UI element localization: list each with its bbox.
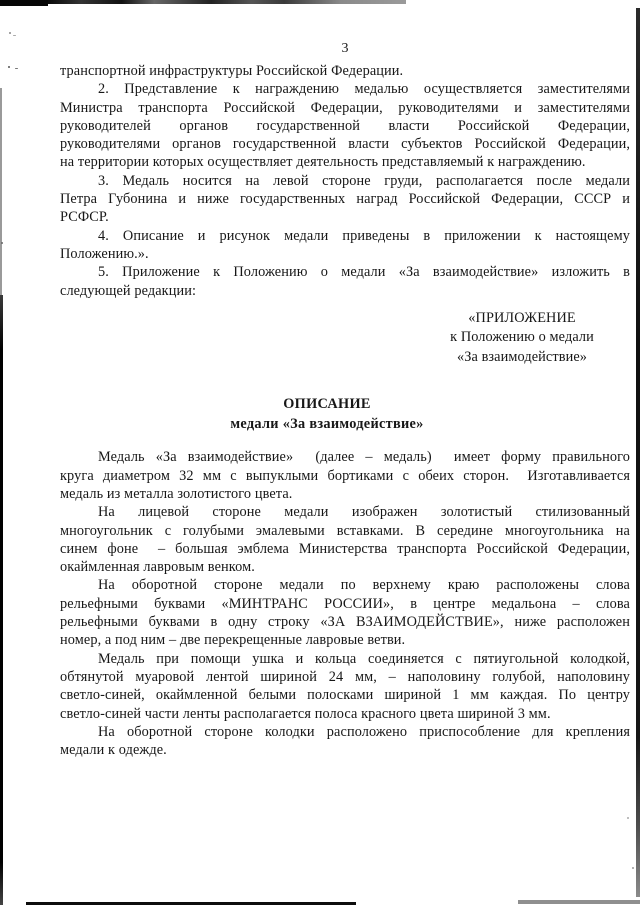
text-line: медаль из металла золотистого цвета. (60, 485, 630, 503)
text-line: светло-синей части ленты располагается п… (60, 705, 630, 723)
scan-edge-bottom-gray (518, 900, 640, 904)
scan-speck (9, 32, 11, 34)
paragraph: транспортной инфраструктуры Российской Ф… (60, 62, 630, 80)
scan-speck (632, 867, 634, 869)
section-heading: ОПИСАНИЕмедали «За взаимодействие» (60, 394, 630, 434)
scan-speck (1, 242, 3, 244)
paragraph: На оборотной стороне медали по верхнему … (60, 576, 630, 649)
text-line: многоугольник с голубыми эмалевыми встав… (60, 522, 630, 540)
text-column: 3 транспортной инфраструктуры Российской… (60, 0, 630, 759)
scan-speck (627, 817, 629, 819)
paragraph: 3. Медаль носится на левой стороне груди… (60, 172, 630, 227)
text-line: На лицевой стороне медали изображен золо… (60, 503, 630, 521)
text-line: к Положению о медали (412, 328, 632, 348)
text-line: круга диаметром 32 мм с выпуклыми бортик… (60, 467, 630, 485)
text-line: 3. Медаль носится на левой стороне груди… (60, 172, 630, 190)
text-line: На оборотной стороне медали по верхнему … (60, 576, 630, 594)
text-line: рельефными буквами «МИНТРАНС РОССИИ», в … (60, 595, 630, 613)
text-line: номер, а под ним – две перекрещенные лав… (60, 631, 630, 649)
paragraph: 2. Представление к награждению медалью о… (60, 80, 630, 171)
text-line: РСФСР. (60, 208, 630, 226)
text-line: Министра транспорта Российской Федерации… (60, 99, 630, 117)
text-line: «За взаимодействие» (412, 348, 632, 368)
text-line: На оборотной стороне колодки расположено… (60, 723, 630, 741)
paragraph: Медаль «За взаимодействие» (далее – меда… (60, 448, 630, 503)
text-line: на территории которых осуществляет деяте… (60, 153, 630, 171)
text-line: Положению.». (60, 245, 630, 263)
text-line: медали «За взаимодействие» (60, 414, 594, 434)
text-line: 5. Приложение к Положению о медали «За в… (60, 263, 630, 281)
text-line: Медаль при помощи ушка и кольца соединяе… (60, 650, 630, 668)
scan-edge-left-dark (0, 295, 3, 905)
text-line: руководителей органов государственной вл… (60, 117, 630, 135)
scan-speck (8, 66, 10, 68)
text-line: окаймленная лавровым венком. (60, 558, 630, 576)
main-text-block: транспортной инфраструктуры Российской Ф… (60, 62, 630, 300)
paragraph: На лицевой стороне медали изображен золо… (60, 503, 630, 576)
scan-speck (13, 35, 16, 36)
text-line: ОПИСАНИЕ (60, 394, 594, 414)
text-line: медали к одежде. (60, 741, 630, 759)
text-line: следующей редакции: (60, 282, 630, 300)
text-line: синем фоне – большая эмблема Министерств… (60, 540, 630, 558)
text-line: светло-синей, окаймленной белыми полоска… (60, 686, 630, 704)
scanned-document-page: 3 транспортной инфраструктуры Российской… (0, 0, 640, 905)
text-line: 4. Описание и рисунок медали приведены в… (60, 227, 630, 245)
scan-speck (15, 68, 18, 69)
paragraph: 5. Приложение к Положению о медали «За в… (60, 263, 630, 300)
paragraph: Медаль при помощи ушка и кольца соединяе… (60, 650, 630, 723)
text-line: Петра Губонина и ниже государственных на… (60, 190, 630, 208)
scan-edge-right (636, 8, 640, 897)
description-text-block: Медаль «За взаимодействие» (далее – меда… (60, 448, 630, 759)
text-line: «ПРИЛОЖЕНИЕ (412, 309, 632, 329)
text-line: рельефными буквами в одну строку «ЗА ВЗА… (60, 613, 630, 631)
scan-edge-top-corner (0, 0, 48, 6)
text-line: Медаль «За взаимодействие» (далее – меда… (60, 448, 630, 466)
scan-edge-left-light (0, 88, 2, 300)
paragraph: 4. Описание и рисунок медали приведены в… (60, 227, 630, 264)
text-line: руководителями органов государственной в… (60, 135, 630, 153)
paragraph: На оборотной стороне колодки расположено… (60, 723, 630, 760)
text-line: транспортной инфраструктуры Российской Ф… (60, 62, 630, 80)
appendix-reference-block: «ПРИЛОЖЕНИЕк Положению о медали«За взаим… (412, 309, 632, 368)
text-line: 2. Представление к награждению медалью о… (60, 80, 630, 98)
text-line: обтянутой муаровой лентой шириной 24 мм,… (60, 668, 630, 686)
page-number: 3 (60, 40, 630, 58)
